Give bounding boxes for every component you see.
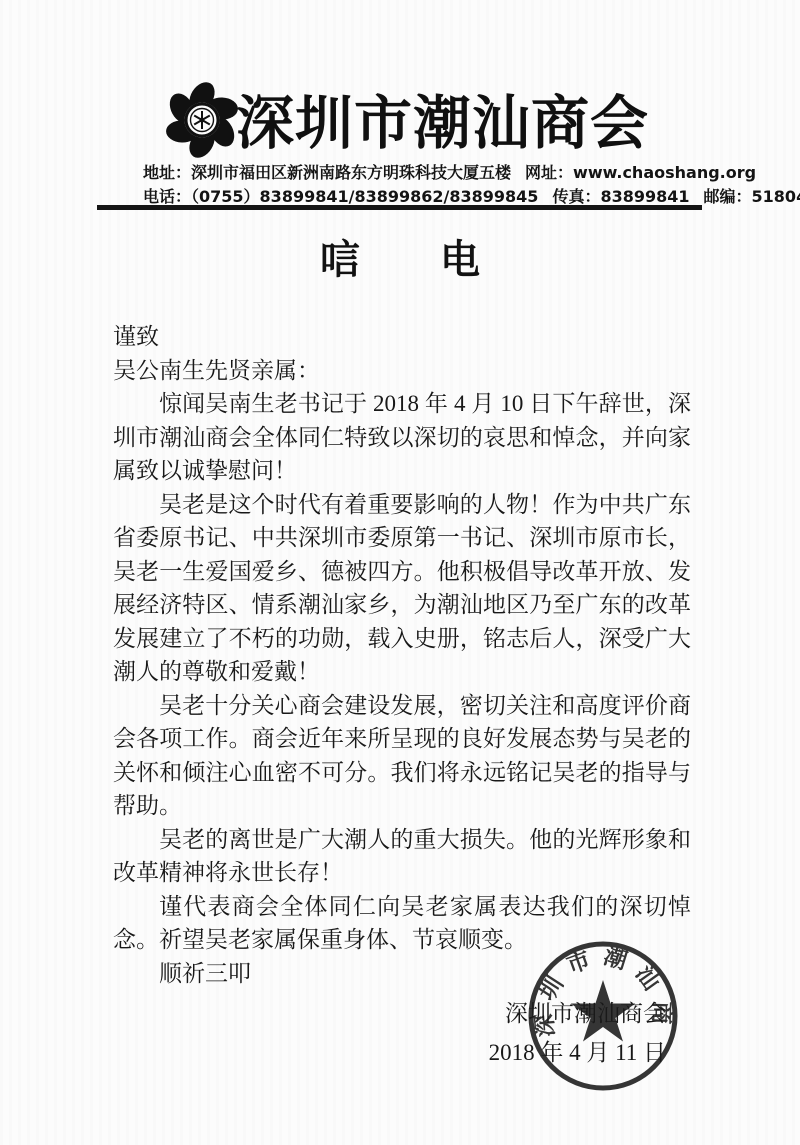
paragraph: 吴老是这个时代有着重要影响的人物！作为中共广东省委原书记、中共深圳市委原第一书记…	[113, 488, 691, 689]
letterhead-address-line: 地址：深圳市福田区新洲南路东方明珠科技大厦五楼网址：www.chaoshang.…	[143, 160, 756, 183]
postcode-label: 邮编：	[704, 187, 752, 206]
phone-value: （0755）83899841/83899862/83899845	[191, 187, 538, 206]
letterhead-divider	[97, 205, 702, 210]
website-label: 网址：	[525, 163, 573, 182]
salutation-line-1: 谨致	[113, 320, 691, 354]
address-label: 地址：	[143, 163, 191, 182]
emblem-center-dot	[200, 118, 205, 123]
fax-value: 83899841	[600, 187, 689, 206]
scanned-condolence-letter-page: 深圳市潮汕商会 地址：深圳市福田区新洲南路东方明珠科技大厦五楼网址：www.ch…	[0, 0, 800, 1145]
fax-label: 传真：	[552, 187, 600, 206]
seal-star-icon	[571, 980, 636, 1042]
org-name: 深圳市潮汕商会	[236, 76, 666, 160]
letterhead-contact-line: 电话：（0755）83899841/83899862/83899845传真：83…	[143, 184, 800, 207]
salutation-line-2: 吴公南生先贤亲属：	[113, 354, 691, 388]
letter-title: 唁 电	[0, 228, 800, 285]
letter-body: 谨致 吴公南生先贤亲属： 惊闻吴南生老书记于 2018 年 4 月 10 日下午…	[113, 320, 691, 990]
address-value: 深圳市福田区新洲南路东方明珠科技大厦五楼	[191, 163, 511, 182]
chamber-flower-emblem-icon	[156, 72, 248, 164]
official-round-seal: 深圳市潮汕商会	[517, 930, 689, 1102]
website-value: www.chaoshang.org	[573, 163, 756, 182]
paragraph: 吴老十分关心商会建设发展，密切关注和高度评价商会各项工作。商会近年来所呈现的良好…	[113, 689, 691, 823]
postcode-value: 518048	[752, 187, 800, 206]
paragraph: 惊闻吴南生老书记于 2018 年 4 月 10 日下午辞世，深圳市潮汕商会全体同…	[113, 387, 691, 488]
phone-label: 电话：	[143, 187, 191, 206]
paragraph: 吴老的离世是广大潮人的重大损失。他的光辉形象和改革精神将永世长存！	[113, 823, 691, 890]
